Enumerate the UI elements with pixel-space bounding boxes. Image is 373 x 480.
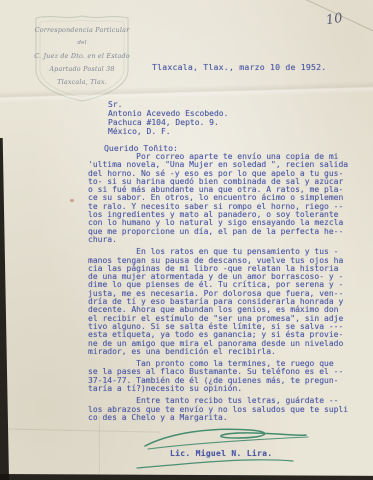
body-paragraph-4: Entre tanto recibo tus letras, guárdate … <box>88 397 348 422</box>
letterhead-line: del <box>26 37 138 50</box>
body-paragraph-1: Por correo aparte te envío una copia de … <box>88 153 348 244</box>
letterhead-line: C. Juez de Dto. en el Estado <box>26 50 138 63</box>
letter-paper: Correspondencia Particular del C. Juez d… <box>0 0 373 480</box>
letterhead-line: Correspondencia Particular <box>26 24 138 37</box>
letter-body: Por correo aparte te envío una copia de … <box>88 153 348 426</box>
ink-speck <box>70 199 74 202</box>
dateline: Tlaxcala, Tlax., marzo 10 de 1952. <box>152 62 326 72</box>
scan-edge-left <box>0 138 9 480</box>
body-paragraph-3: Tan pronto como la termines, te ruego qu… <box>88 360 348 393</box>
scanned-letter: Correspondencia Particular del C. Juez d… <box>0 0 373 480</box>
recipient-address: Sr. Antonio Acevedo Escobedo. Pachuca #1… <box>108 100 228 136</box>
typed-signature-name: Lic. Miguel N. Lira. <box>170 449 272 458</box>
body-paragraph-2: En los ratos en que tu pensamiento y tus… <box>88 248 348 356</box>
letterhead-line: Apartado Postal 38 <box>26 63 138 76</box>
letterhead-text: Correspondencia Particular del C. Juez d… <box>26 24 138 89</box>
fold-crease-vertical <box>99 416 101 476</box>
